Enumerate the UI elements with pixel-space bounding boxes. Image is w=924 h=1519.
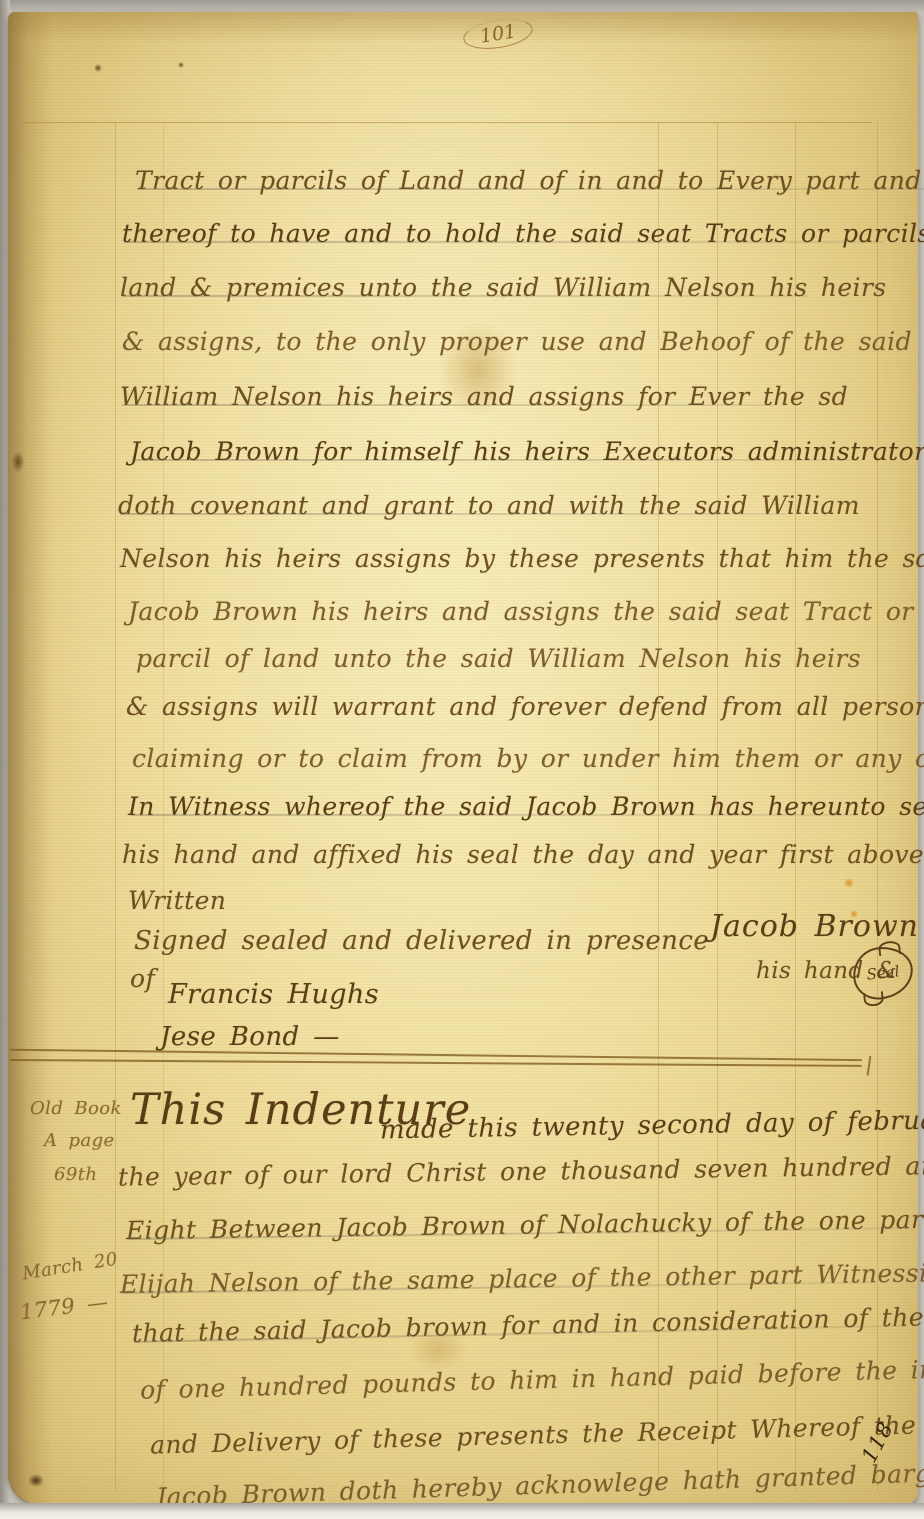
attestation-line: Signed sealed and delivered in presence [134, 924, 709, 958]
manuscript-line: William Nelson his heirs and assigns for… [120, 380, 848, 414]
manuscript-line: Elijah Nelson of the same place of the o… [120, 1256, 924, 1302]
ruled-line-vertical [115, 122, 116, 1491]
manuscript-line: land & premices unto the said William Ne… [120, 271, 887, 305]
manuscript-line: Jacob Brown for himself his heirs Execut… [130, 435, 924, 469]
manuscript-line: doth covenant and grant to and with the … [118, 489, 860, 523]
manuscript-line: Eight Between Jacob Brown of Nolachucky … [126, 1202, 924, 1248]
manuscript-line: and Delivery of these presents the Recei… [150, 1407, 924, 1462]
manuscript-line: his hand and affixed his seal the day an… [122, 838, 924, 872]
ruled-line-horizontal [22, 122, 872, 123]
dark-speck [94, 64, 102, 72]
attestation-of: of [130, 962, 155, 996]
seal-label: Seal [866, 962, 901, 983]
manuscript-line: Jacob Brown his heirs and assigns the sa… [128, 595, 914, 629]
dark-speck [178, 62, 184, 68]
manuscript-line: that the said Jacob brown for and in con… [132, 1299, 924, 1351]
manuscript-line: of one hundred pounds to him in hand pai… [140, 1350, 924, 1407]
witness-signature: Francis Hughs [168, 978, 379, 1012]
manuscript-line: Written [128, 884, 226, 918]
manuscript-line: Nelson his heirs assigns by these presen… [120, 542, 924, 576]
margin-note-page: A page [44, 1124, 115, 1158]
orange-spot [844, 878, 854, 888]
manuscript-line: Tract or parcils of Land and of in and t… [135, 164, 924, 198]
manuscript-line: the year of our lord Christ one thousand… [118, 1147, 924, 1194]
manuscript-line: In Witness whereof the said Jacob Brown … [128, 790, 924, 824]
grantor-signature: Jacob Brown [710, 910, 919, 944]
entry-divider [10, 1048, 876, 1076]
manuscript-line: parcil of land unto the said William Nel… [136, 642, 861, 676]
manuscript-line: thereof to have and to hold the said sea… [122, 217, 924, 251]
manuscript-line: & assigns will warrant and forever defen… [126, 690, 924, 724]
manuscript-page: 101 Tract or parcils of Land and of in a… [8, 12, 918, 1505]
manuscript-line: claiming or to claim from by or under hi… [132, 742, 924, 776]
seal-mark: Seal [850, 944, 915, 1002]
manuscript-line: & assigns, to the only proper use and Be… [122, 325, 912, 359]
margin-note-old-book: Old Book [30, 1092, 122, 1126]
divider-hook [867, 1056, 872, 1076]
margin-note-folio: 69th [54, 1158, 97, 1192]
scan-edge-bottom [0, 1503, 924, 1519]
